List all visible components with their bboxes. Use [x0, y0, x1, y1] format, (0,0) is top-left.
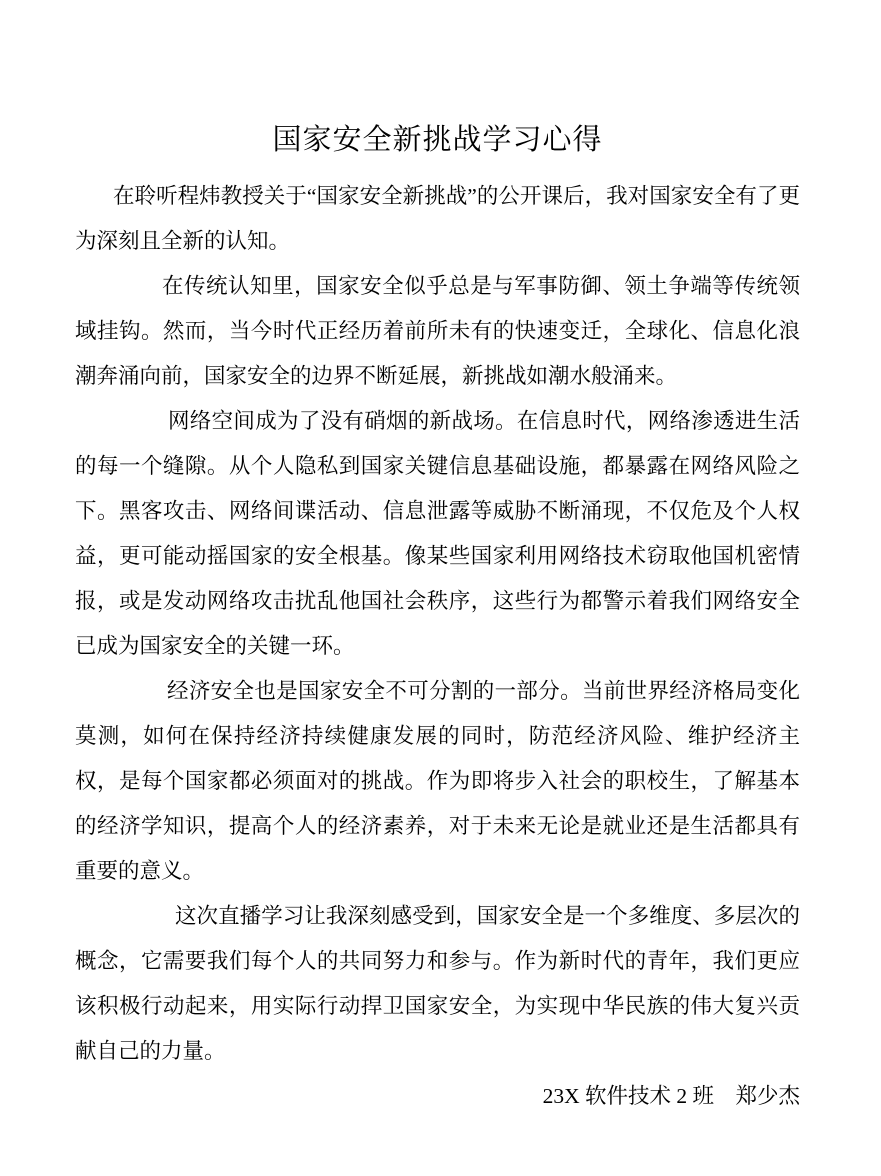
signature-line: 23X 软件技术 2 班 郑少杰 [75, 1074, 800, 1119]
document-title: 国家安全新挑战学习心得 [75, 116, 800, 164]
paragraph-traditional-security: 在传统认知里，国家安全似乎总是与军事防御、领土争端等传统领域挂钩。然而，当今时代… [75, 264, 800, 399]
paragraph-intro: 在聆听程炜教授关于“国家安全新挑战”的公开课后，我对国家安全有了更为深刻且全新的… [75, 174, 800, 264]
paragraph-conclusion: 这次直播学习让我深刻感受到，国家安全是一个多维度、多层次的概念，它需要我们每个人… [75, 894, 800, 1074]
paragraph-cyber-security: 网络空间成为了没有硝烟的新战场。在信息时代，网络渗透进生活的每一个缝隙。从个人隐… [75, 399, 800, 669]
document-page: 国家安全新挑战学习心得 在聆听程炜教授关于“国家安全新挑战”的公开课后，我对国家… [0, 0, 881, 1176]
paragraph-economic-security: 经济安全也是国家安全不可分割的一部分。当前世界经济格局变化莫测，如何在保持经济持… [75, 669, 800, 894]
